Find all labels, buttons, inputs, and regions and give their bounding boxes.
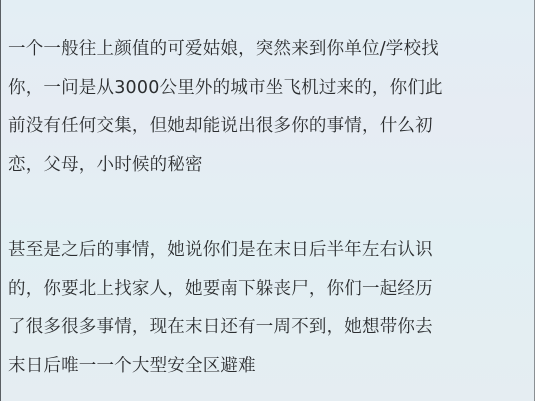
text-line: 了很多很多事情，现在末日还有一周不到，她想带你去 [8,308,528,347]
text-line: 一个一般往上颜值的可爱姑娘，突然来到你单位/学校找 [8,30,528,69]
text-line: 你，一问是从3000公里外的城市坐飞机过来的，你们此 [8,69,528,108]
text-line: 前没有任何交集，但她却能说出很多你的事情，什么初 [8,107,528,146]
document-page: 一个一般往上颜值的可爱姑娘，突然来到你单位/学校找 你，一问是从3000公里外的… [0,0,535,401]
text-line: 末日后唯一一个大型安全区避难 [8,347,528,386]
text-line: 恋，父母，小时候的秘密 [8,146,528,185]
paragraph-2: 甚至是之后的事情，她说你们是在末日后半年左右认识 的，你要北上找家人，她要南下躲… [8,231,528,385]
paragraph-1: 一个一般往上颜值的可爱姑娘，突然来到你单位/学校找 你，一问是从3000公里外的… [8,30,528,184]
text-line: 的，你要北上找家人，她要南下躲丧尸，你们一起经历 [8,270,528,309]
text-line: 甚至是之后的事情，她说你们是在末日后半年左右认识 [8,231,528,270]
